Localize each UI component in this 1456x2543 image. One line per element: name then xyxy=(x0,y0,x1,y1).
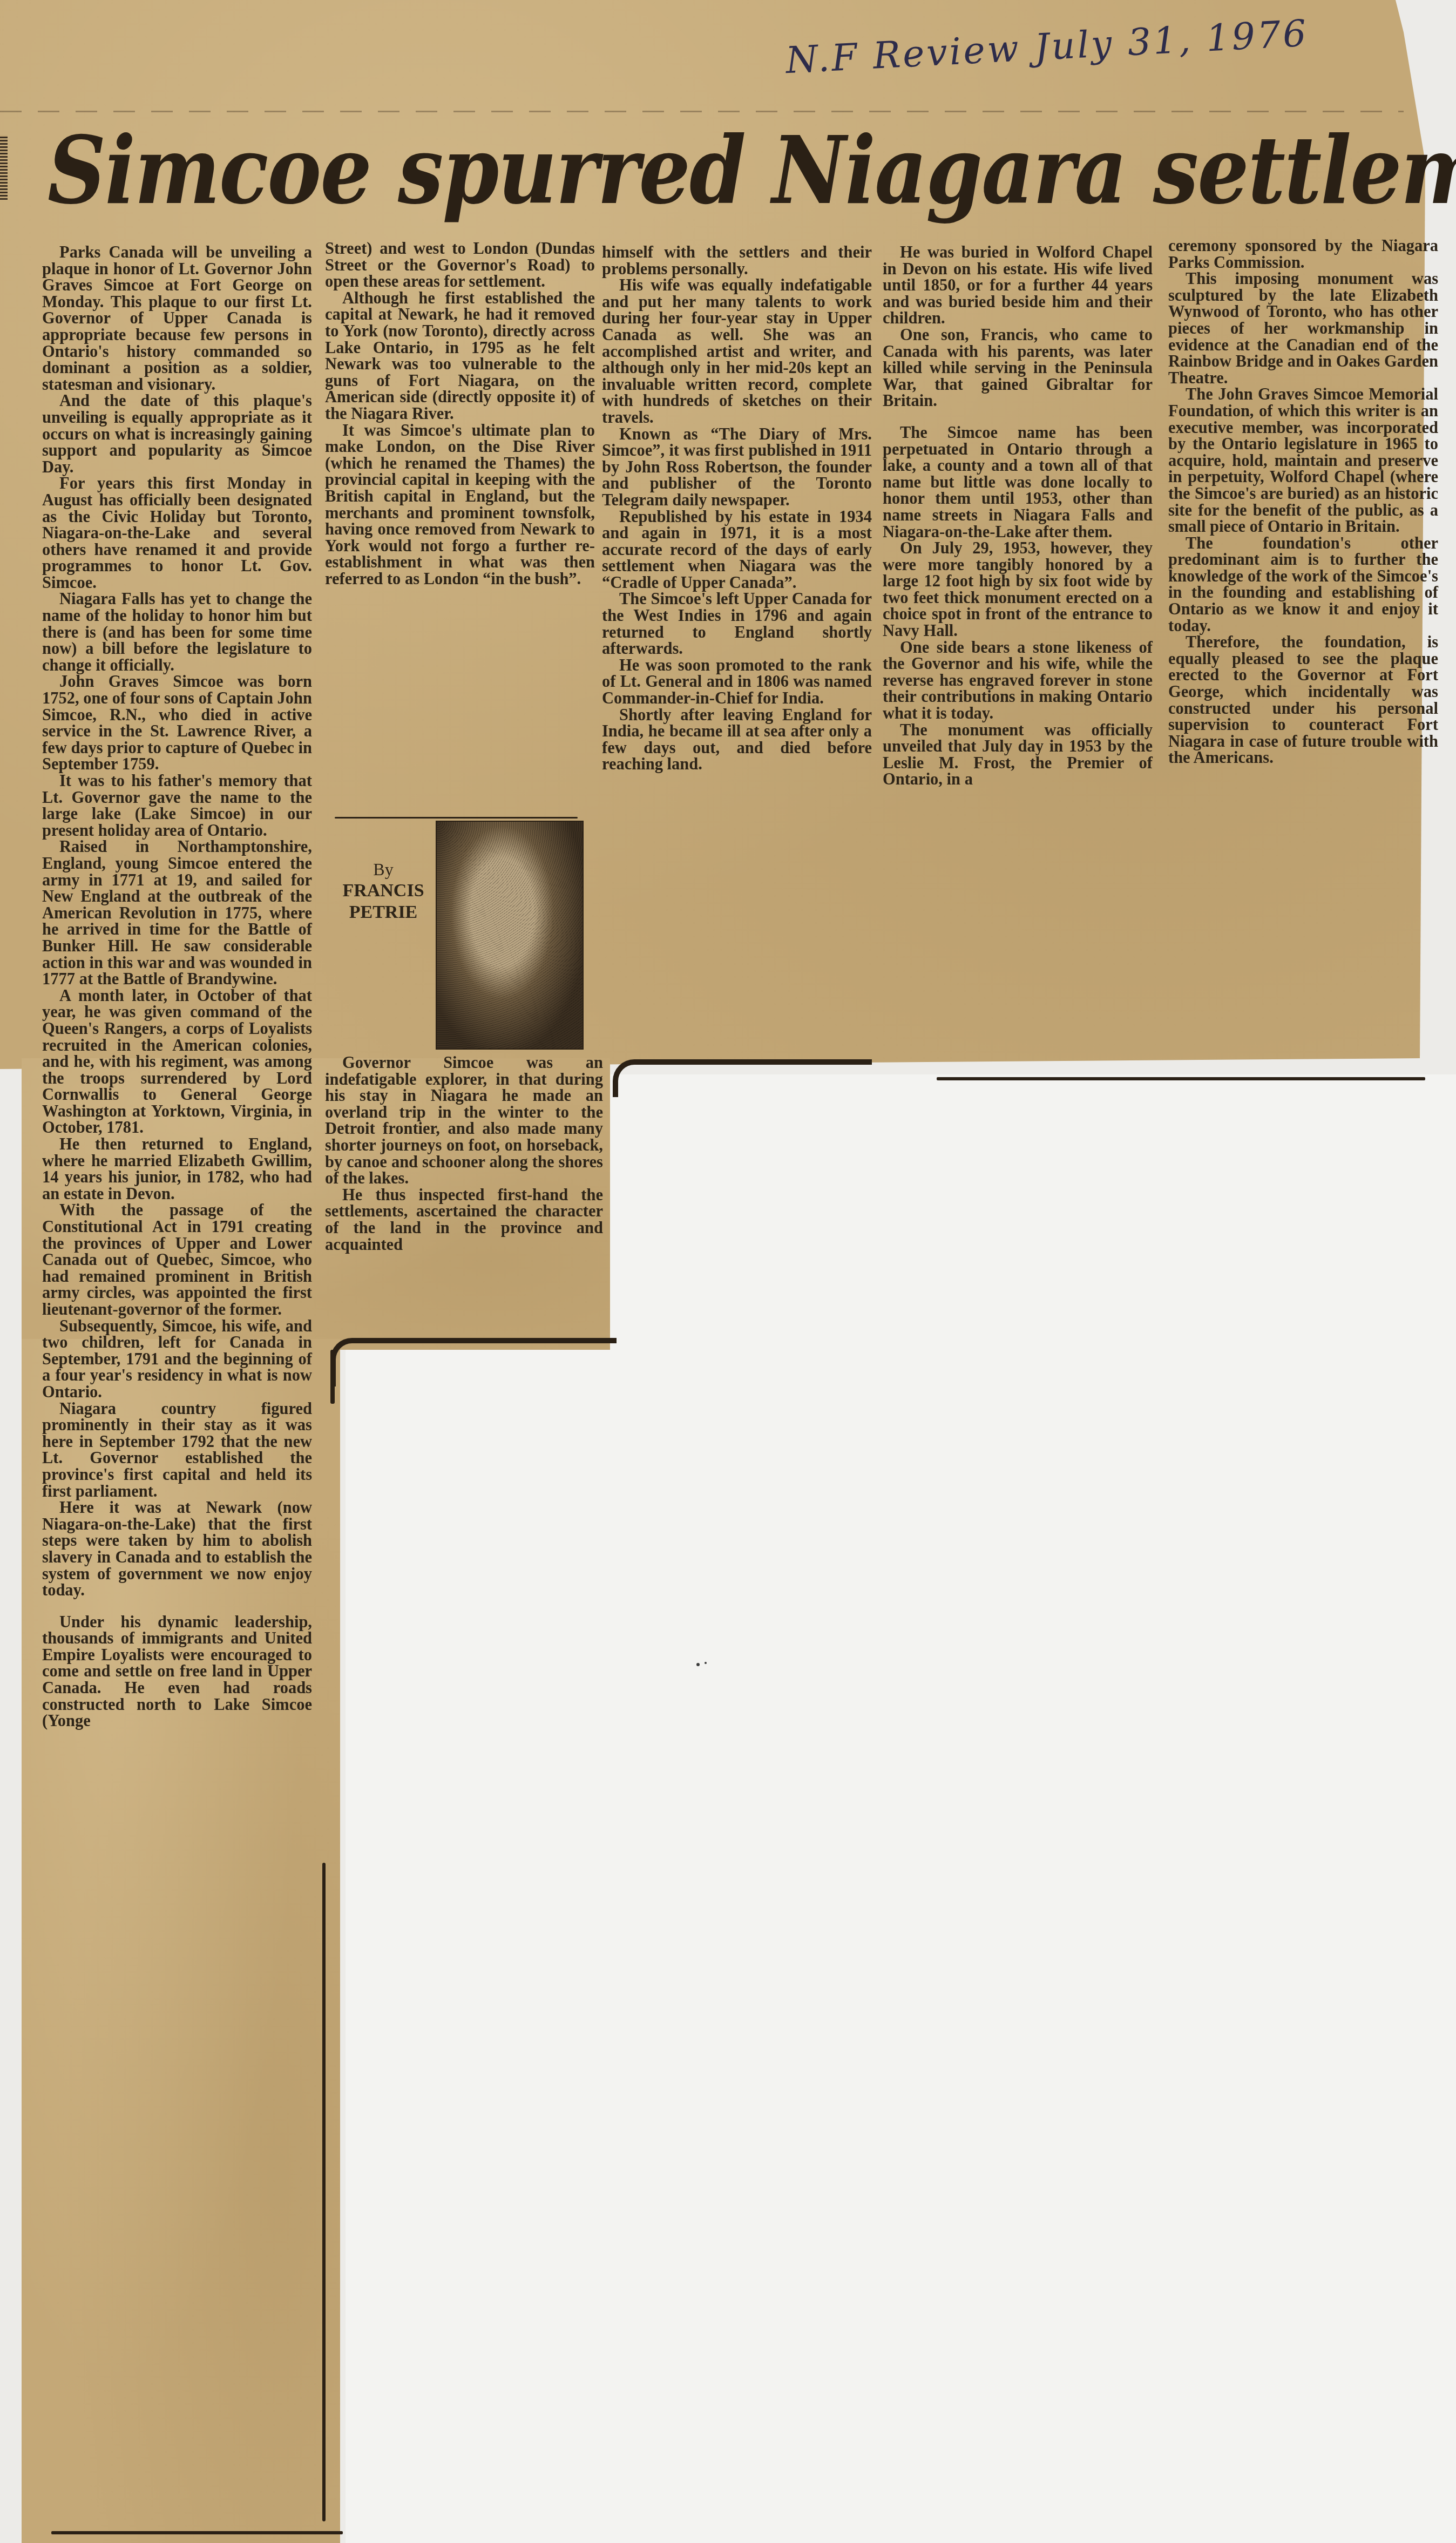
paragraph: himself with the settlers and their prob… xyxy=(602,244,872,277)
paragraph: With the passage of the Constitutional A… xyxy=(42,1202,312,1317)
paragraph: A month later, in October of that year, … xyxy=(42,988,312,1136)
paragraph: He then returned to England, where he ma… xyxy=(42,1136,312,1202)
adjacent-print-edge xyxy=(0,135,8,200)
blank-backing-paper-lower xyxy=(346,1350,615,2543)
box-border-corner xyxy=(613,1059,872,1097)
byline-last-name: PETRIE xyxy=(332,902,435,923)
article-column-4: He was buried in Wolford Chapel in Devon… xyxy=(883,244,1153,788)
paragraph: Shortly after leaving England for India,… xyxy=(602,707,872,773)
dust-speck xyxy=(705,1662,707,1664)
box-border-left xyxy=(330,1350,335,1404)
paragraph: Here it was at Newark (now Niagara-on-th… xyxy=(42,1499,312,1599)
paragraph: It was to his father's memory that Lt. G… xyxy=(42,773,312,838)
paragraph: John Graves Simcoe was born 1752, one of… xyxy=(42,673,312,773)
byline-prefix: By xyxy=(332,858,435,880)
paragraph: Republished by his estate in 1934 and ag… xyxy=(602,509,872,591)
byline-first-name: FRANCIS xyxy=(332,880,435,902)
column-right-border xyxy=(322,1863,326,2521)
paragraph: The Simcoe's left Upper Canada for the W… xyxy=(602,591,872,657)
paragraph: Parks Canada will be unveiling a plaque … xyxy=(42,244,312,393)
paragraph: The monument was officially unveiled tha… xyxy=(883,722,1153,788)
article-headline: Simcoe spurred Niagara settlement xyxy=(48,116,1456,225)
paragraph: Known as “The Diary of Mrs. Simcoe”, it … xyxy=(602,426,872,509)
paragraph: Niagara Falls has yet to change the name… xyxy=(42,591,312,673)
paragraph: His wife was equally indefatigable and p… xyxy=(602,277,872,425)
paragraph: He was buried in Wolford Chapel in Devon… xyxy=(883,244,1153,327)
paragraph: It was Simcoe's ultimate plan to make Lo… xyxy=(325,422,595,587)
article-column-3: himself with the settlers and their prob… xyxy=(602,244,872,773)
author-byline: By FRANCIS PETRIE xyxy=(332,858,435,923)
blank-backing-paper xyxy=(610,1074,1456,2543)
paragraph: ceremony sponsored by the Niagara Parks … xyxy=(1168,238,1438,270)
paragraph: On July 29, 1953, however, they were mor… xyxy=(883,540,1153,639)
paragraph: Governor Simcoe was an indefatigable exp… xyxy=(325,1054,603,1187)
paragraph: He thus inspected first-hand the settlem… xyxy=(325,1187,603,1253)
paragraph: He was soon promoted to the rank of Lt. … xyxy=(602,657,872,707)
torn-masthead-rule xyxy=(0,111,1404,112)
article-column-5: ceremony sponsored by the Niagara Parks … xyxy=(1168,238,1438,766)
paragraph: Niagara country figured prominently in t… xyxy=(42,1401,312,1500)
author-portrait-photo xyxy=(436,821,584,1050)
paragraph: Raised in Northamptonshire, England, you… xyxy=(42,838,312,987)
dust-speck xyxy=(696,1663,700,1666)
paragraph: One son, Francis, who came to Canada wit… xyxy=(883,327,1153,409)
paragraph: Subsequently, Simcoe, his wife, and two … xyxy=(42,1318,312,1401)
paragraph: Therefore, the foundation, is equally pl… xyxy=(1168,634,1438,766)
photo-top-rule xyxy=(335,817,578,819)
article-column-2: Street) and west to London (Dundas Stree… xyxy=(325,240,595,587)
paragraph: The foundation's other predominant aim i… xyxy=(1168,535,1438,634)
article-column-2-continued: Governor Simcoe was an indefatigable exp… xyxy=(325,1054,603,1253)
paragraph: The Simcoe name has been perpetuated in … xyxy=(883,424,1153,540)
article-column-1: Parks Canada will be unveiling a plaque … xyxy=(42,244,312,2539)
paragraph: And the date of this plaque's unveiling … xyxy=(42,393,312,475)
paragraph: The John Graves Simcoe Memorial Foundati… xyxy=(1168,386,1438,535)
paragraph: One side bears a stone likeness of the G… xyxy=(883,639,1153,722)
paragraph: Under his dynamic leadership, thousands … xyxy=(42,1614,312,1729)
paragraph: This imposing monument was sculptured by… xyxy=(1168,270,1438,386)
column-bottom-rule xyxy=(937,1077,1425,1080)
paragraph: Street) and west to London (Dundas Stree… xyxy=(325,240,595,290)
paragraph: For years this first Monday in August ha… xyxy=(42,475,312,591)
box-border-corner-lower xyxy=(330,1338,617,1387)
paragraph: Although he first established the capita… xyxy=(325,290,595,422)
